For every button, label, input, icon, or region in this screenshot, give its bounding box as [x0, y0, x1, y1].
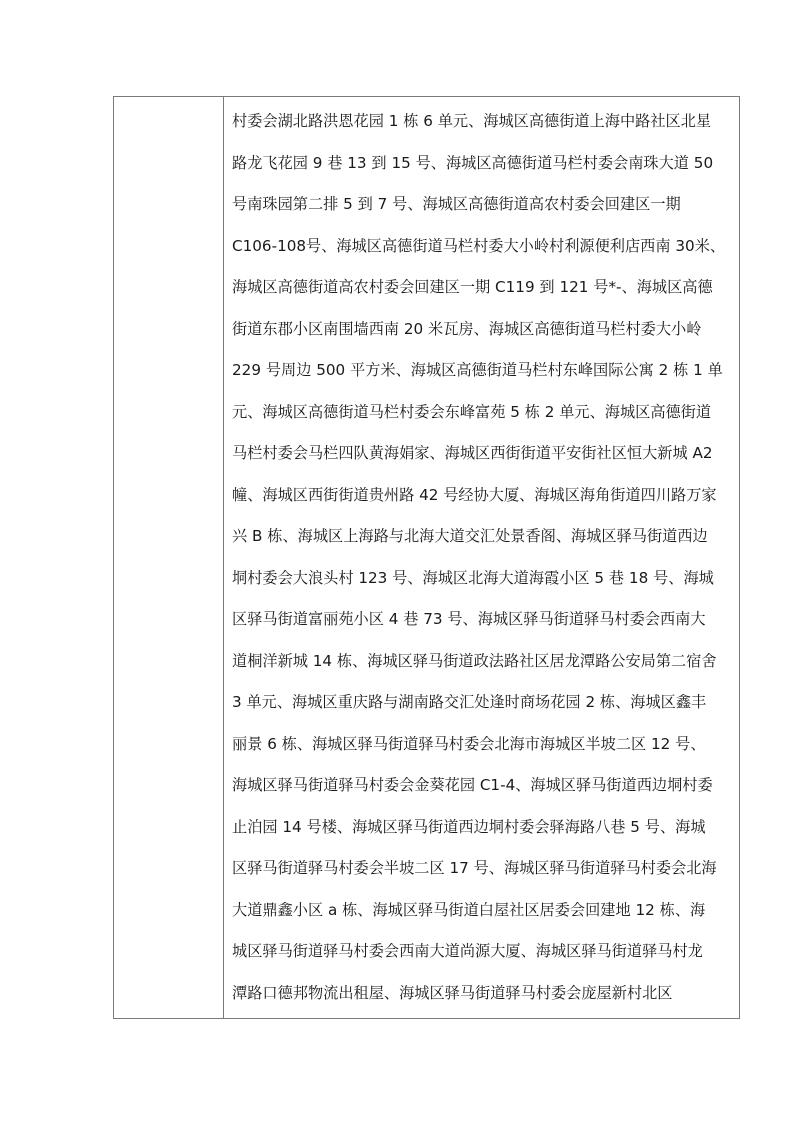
text-line: 马栏村委会马栏四队黄海娟家、海城区西街街道平安街社区恒大新城 A2: [232, 433, 731, 475]
text-line: 海城区驿马街道驿马村委会金葵花园 C1-4、海城区驿马街道西边垌村委: [232, 765, 731, 807]
text-line: 大道鼎鑫小区 a 栋、海城区驿马街道白屋社区居委会回建地 12 栋、海: [232, 890, 731, 932]
text-line: 丽景 6 栋、海城区驿马街道驿马村委会北海市海城区半坡二区 12 号、: [232, 724, 731, 766]
table-cell-addresses: 村委会湖北路洪恩花园 1 栋 6 单元、海城区高德街道上海中路社区北星 路龙飞花…: [224, 97, 739, 1018]
text-line: C106-108号、海城区高德街道马栏村委大小岭村利源便利店西南 30米、: [232, 226, 731, 268]
document-page: 村委会湖北路洪恩花园 1 栋 6 单元、海城区高德街道上海中路社区北星 路龙飞花…: [0, 0, 800, 1131]
text-line: 幢、海城区西街街道贵州路 42 号经协大厦、海城区海角街道四川路万家: [232, 475, 731, 517]
text-line: 元、海城区高德街道马栏村委会东峰富苑 5 栋 2 单元、海城区高德街道: [232, 392, 731, 434]
text-line: 3 单元、海城区重庆路与湖南路交汇处逢时商场花园 2 栋、海城区鑫丰: [232, 682, 731, 724]
text-line: 号南珠园第二排 5 到 7 号、海城区高德街道高农村委会回建区一期: [232, 184, 731, 226]
text-line: 兴 B 栋、海城区上海路与北海大道交汇处景香阁、海城区驿马街道西边: [232, 516, 731, 558]
text-line: 街道东郡小区南围墙西南 20 米瓦房、海城区高德街道马栏村委大小岭: [232, 309, 731, 351]
text-line: 路龙飞花园 9 巷 13 到 15 号、海城区高德街道马栏村委会南珠大道 50: [232, 143, 731, 185]
text-line: 229 号周边 500 平方米、海城区高德街道马栏村东峰国际公寓 2 栋 1 单: [232, 350, 731, 392]
text-line: 海城区高德街道高农村委会回建区一期 C119 到 121 号*-、海城区高德: [232, 267, 731, 309]
text-line: 止泊园 14 号楼、海城区驿马街道西边垌村委会驿海路八巷 5 号、海城: [232, 807, 731, 849]
text-line: 垌村委会大浪头村 123 号、海城区北海大道海霞小区 5 巷 18 号、海城: [232, 558, 731, 600]
text-line: 村委会湖北路洪恩花园 1 栋 6 单元、海城区高德街道上海中路社区北星: [232, 101, 731, 143]
text-line: 城区驿马街道驿马村委会西南大道尚源大厦、海城区驿马街道驿马村龙: [232, 931, 731, 973]
address-table: 村委会湖北路洪恩花园 1 栋 6 单元、海城区高德街道上海中路社区北星 路龙飞花…: [113, 96, 740, 1019]
text-line: 潭路口德邦物流出租屋、海城区驿马街道驿马村委会庞屋新村北区: [232, 973, 731, 1015]
text-line: 区驿马街道驿马村委会半坡二区 17 号、海城区驿马街道驿马村委会北海: [232, 848, 731, 890]
table-cell-label: [114, 97, 224, 1018]
text-line: 道桐洋新城 14 栋、海城区驿马街道政法路社区居龙潭路公安局第二宿舍: [232, 641, 731, 683]
text-line: 区驿马街道富丽苑小区 4 巷 73 号、海城区驿马街道驿马村委会西南大: [232, 599, 731, 641]
